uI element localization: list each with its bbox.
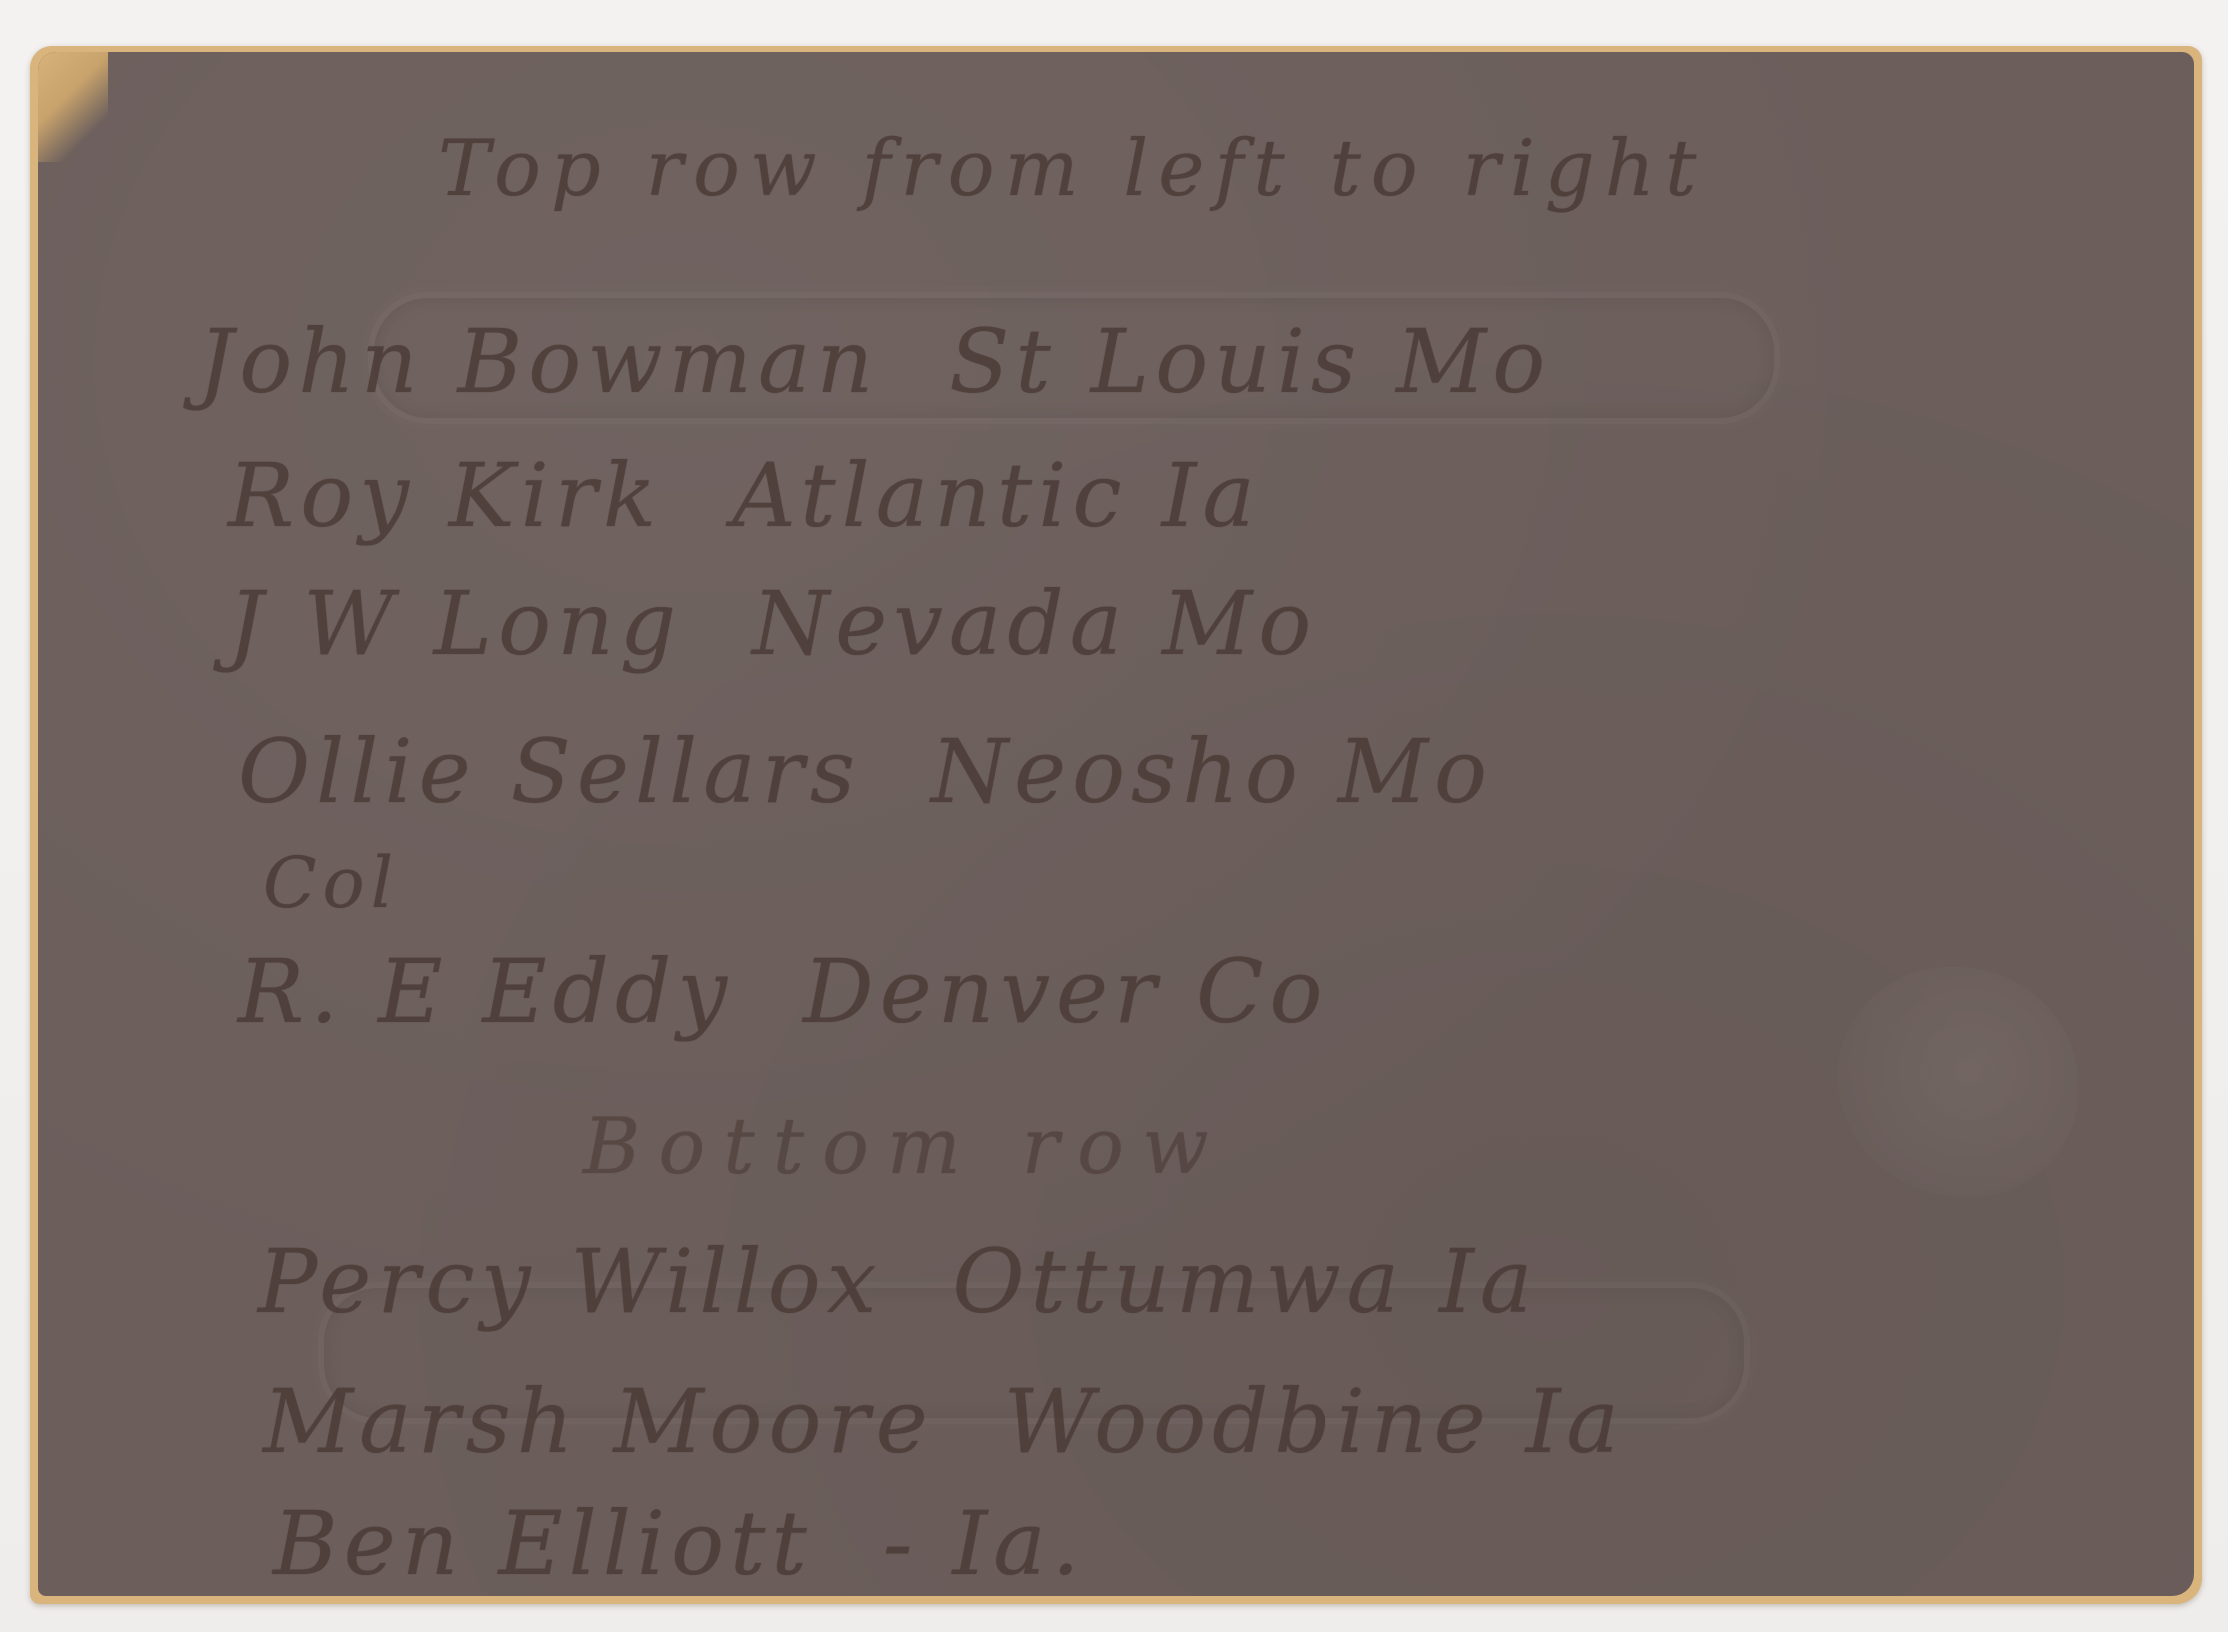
entry-line: Percy WilloxOttumwa Ia xyxy=(258,1230,1538,1333)
entry-line: J W LongNevada Mo xyxy=(228,572,1317,675)
entry-line: John BowmanSt Louis Mo xyxy=(198,310,1551,413)
entry-line: Ollie SellarsNeosho Mo xyxy=(238,720,1493,823)
person-place: Woodbine Ia xyxy=(1004,1370,1625,1473)
entry-line: Roy KirkAtlantic Ia xyxy=(228,444,1261,547)
person-name: Ollie Sellars xyxy=(238,720,861,823)
person-place: Ottumwa Ia xyxy=(952,1230,1538,1333)
person-name: John Bowman xyxy=(198,310,879,413)
card-back-face: Top row from left to right John BowmanSt… xyxy=(38,52,2194,1596)
entry-line: R. E EddyDenver Co xyxy=(238,940,1328,1043)
person-title: Col xyxy=(263,842,399,924)
entry-line: Ben Elliott- Ia. xyxy=(273,1492,1086,1595)
person-name: Ben Elliott xyxy=(273,1492,813,1595)
entry-line: Marsh MooreWoodbine Ia xyxy=(263,1370,1625,1473)
person-name: Percy Willox xyxy=(258,1230,882,1333)
person-name: R. E Eddy xyxy=(238,940,733,1043)
person-place: Nevada Mo xyxy=(752,572,1317,675)
corner-wear xyxy=(38,52,108,162)
person-place: St Louis Mo xyxy=(949,310,1551,413)
person-place: Atlantic Ia xyxy=(732,444,1261,547)
person-place: - Ia. xyxy=(883,1492,1086,1595)
person-name: Roy Kirk xyxy=(228,444,662,547)
cabinet-card: Top row from left to right John BowmanSt… xyxy=(30,46,2202,1604)
person-name: Marsh Moore xyxy=(263,1370,934,1473)
person-name: J W Long xyxy=(228,572,682,675)
water-stain xyxy=(1838,967,2078,1197)
person-place: Denver Co xyxy=(803,940,1328,1043)
heading-bottom-row: Bottom row xyxy=(583,1102,1227,1192)
entry-line: Col xyxy=(263,842,399,924)
person-place: Neosho Mo xyxy=(931,720,1493,823)
heading-top-row: Top row from left to right xyxy=(438,124,1706,214)
scanned-card-image: Top row from left to right John BowmanSt… xyxy=(0,0,2228,1632)
